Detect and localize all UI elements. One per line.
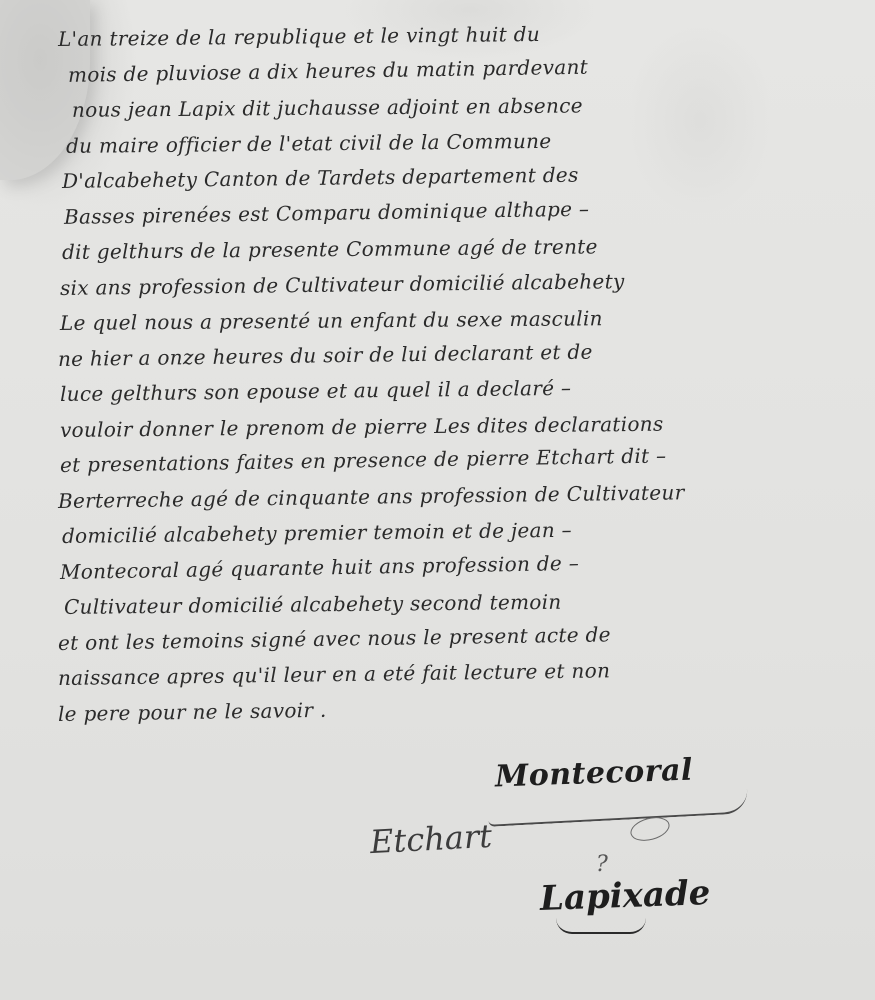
handwritten-text-block: L'an treize de la republique et le vingt… bbox=[58, 22, 858, 732]
signature-montecoral: Montecoral bbox=[494, 753, 693, 795]
signature-lapixade: Lapixade bbox=[539, 873, 711, 919]
signature-underline bbox=[556, 918, 646, 934]
document-page: L'an treize de la republique et le vingt… bbox=[0, 0, 875, 1000]
signature-etchart: Etchart bbox=[369, 817, 493, 861]
signature-flourish bbox=[488, 789, 749, 827]
signature-mark: ? bbox=[596, 852, 608, 877]
